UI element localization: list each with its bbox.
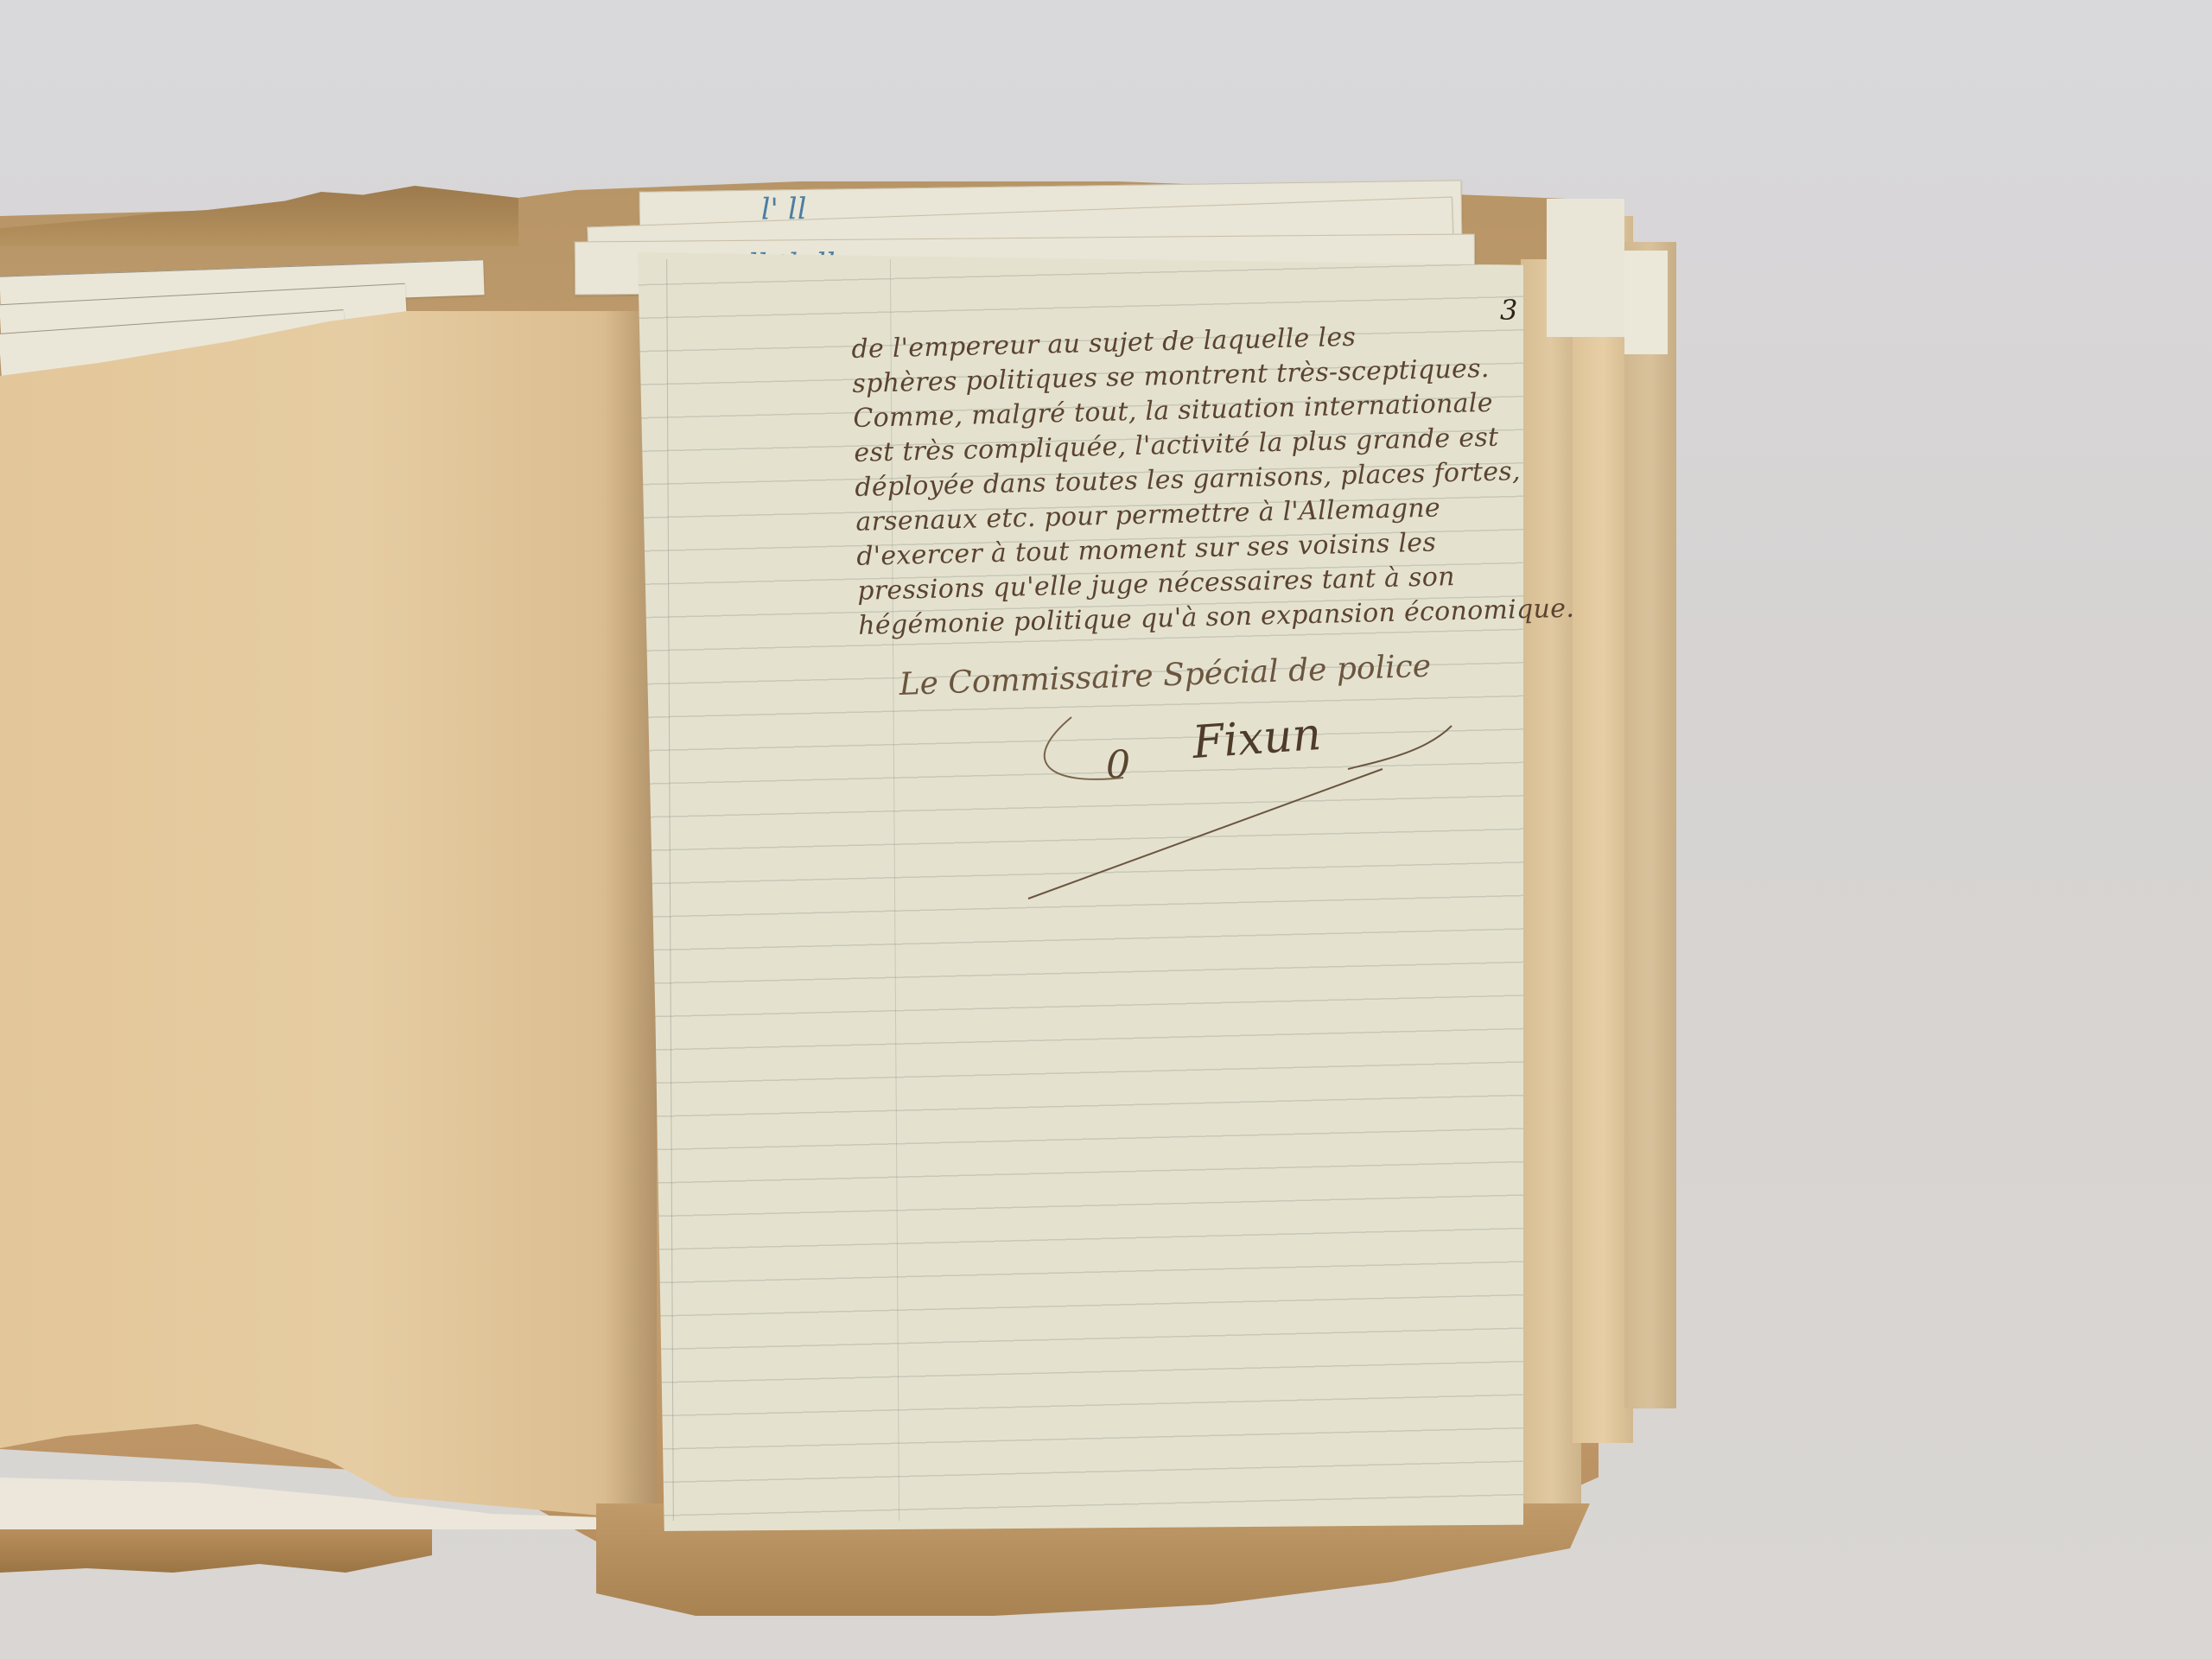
sheet-corner xyxy=(1624,251,1668,354)
signature-flourish-icon xyxy=(1020,691,1469,916)
page-edge xyxy=(1624,242,1676,1408)
left-page xyxy=(0,311,657,1521)
handwritten-body: de l'empereur au sujet de laquelle les s… xyxy=(851,317,1498,644)
page-number: 3 xyxy=(1500,294,1517,327)
folder-bottom-flap xyxy=(0,1529,432,1573)
sheet-corner xyxy=(1547,199,1624,337)
